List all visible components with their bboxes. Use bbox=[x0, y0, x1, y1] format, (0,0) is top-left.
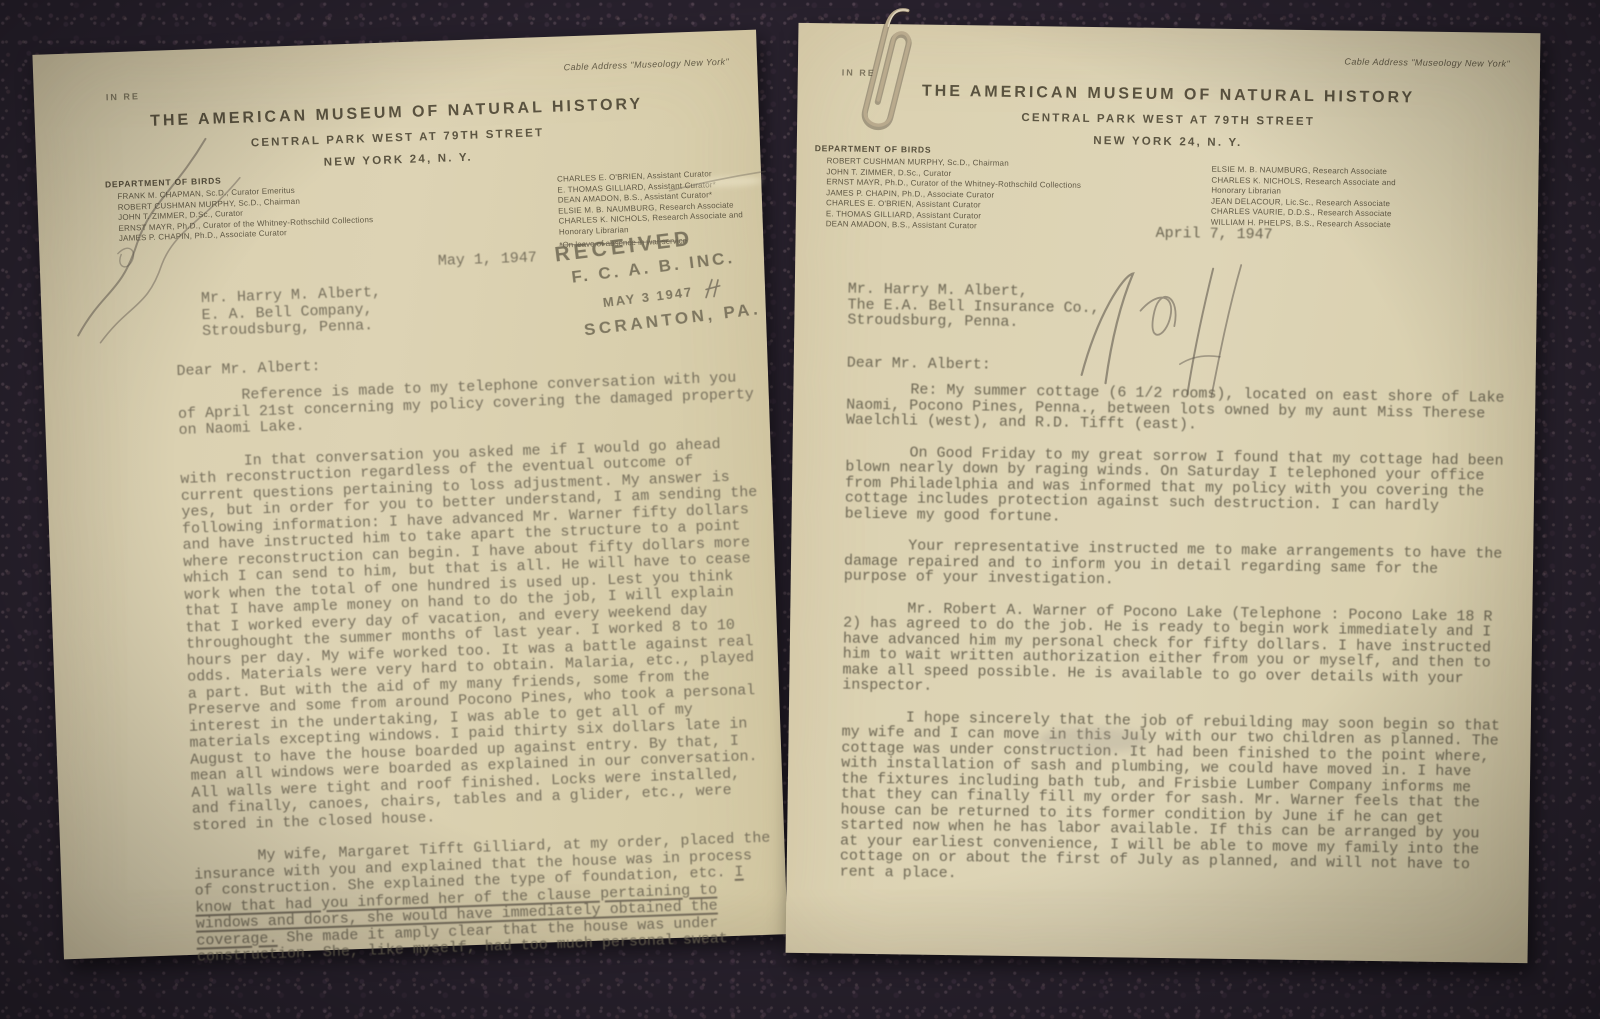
letter-body: Re: My summer cottage (6 1/2 rooms), loc… bbox=[839, 382, 1506, 905]
cable-address: Cable Address "Museology New York" bbox=[1344, 56, 1510, 68]
pencil-strike-mark bbox=[667, 167, 768, 196]
stamp-date-line: MAY 3 1947 bbox=[602, 284, 694, 310]
paragraph: Mr. Robert A. Warner of Pocono Lake (Tel… bbox=[842, 600, 1503, 702]
paragraph: In that conversation you asked me if I w… bbox=[179, 435, 770, 834]
letter-date: May 1, 1947 bbox=[438, 250, 538, 270]
paragraph: Reference is made to my telephone conver… bbox=[177, 370, 756, 440]
recipient-address: Mr. Harry M. Albert, E. A. Bell Company,… bbox=[201, 285, 383, 341]
salutation: Dear Mr. Albert: bbox=[176, 359, 321, 381]
paragraph: On Good Friday to my great sorrow I foun… bbox=[845, 444, 1506, 531]
staff-list-left-column: FRANK M. CHAPMAN, Sc.D., Curator Emeritu… bbox=[117, 180, 459, 244]
paragraph: Your representative instructed me to mak… bbox=[844, 538, 1505, 594]
letter-page-may-1947: IN RE Cable Address "Museology New York"… bbox=[32, 30, 787, 960]
paragraph-with-underline: My wife, Margaret Tifft Gilliard, at my … bbox=[193, 831, 775, 967]
in-re-label: IN RE bbox=[106, 91, 140, 102]
paragraph: I hope sincerely that the job of rebuild… bbox=[840, 709, 1502, 889]
staff-list-left-column: ROBERT CUSHMAN MURPHY, Sc.D., Chairman J… bbox=[826, 156, 1187, 235]
handwritten-check-mark bbox=[699, 275, 726, 302]
cable-address: Cable Address "Museology New York" bbox=[563, 57, 729, 73]
letter-date: April 7, 1947 bbox=[1156, 226, 1273, 243]
salutation: Dear Mr. Albert: bbox=[847, 356, 991, 374]
paragraph-re-line: Re: My summer cottage (6 1/2 rooms), loc… bbox=[846, 382, 1507, 438]
letter-page-april-1947: IN RE Cable Address "Museology New York"… bbox=[786, 23, 1541, 963]
photo-two-letters-on-carpet: IN RE Cable Address "Museology New York"… bbox=[0, 0, 1600, 1019]
staff-list-right-column: ELSIE M. B. NAUMBURG, Research Associate… bbox=[1211, 165, 1512, 232]
letter-body: Reference is made to my telephone conver… bbox=[177, 370, 775, 982]
